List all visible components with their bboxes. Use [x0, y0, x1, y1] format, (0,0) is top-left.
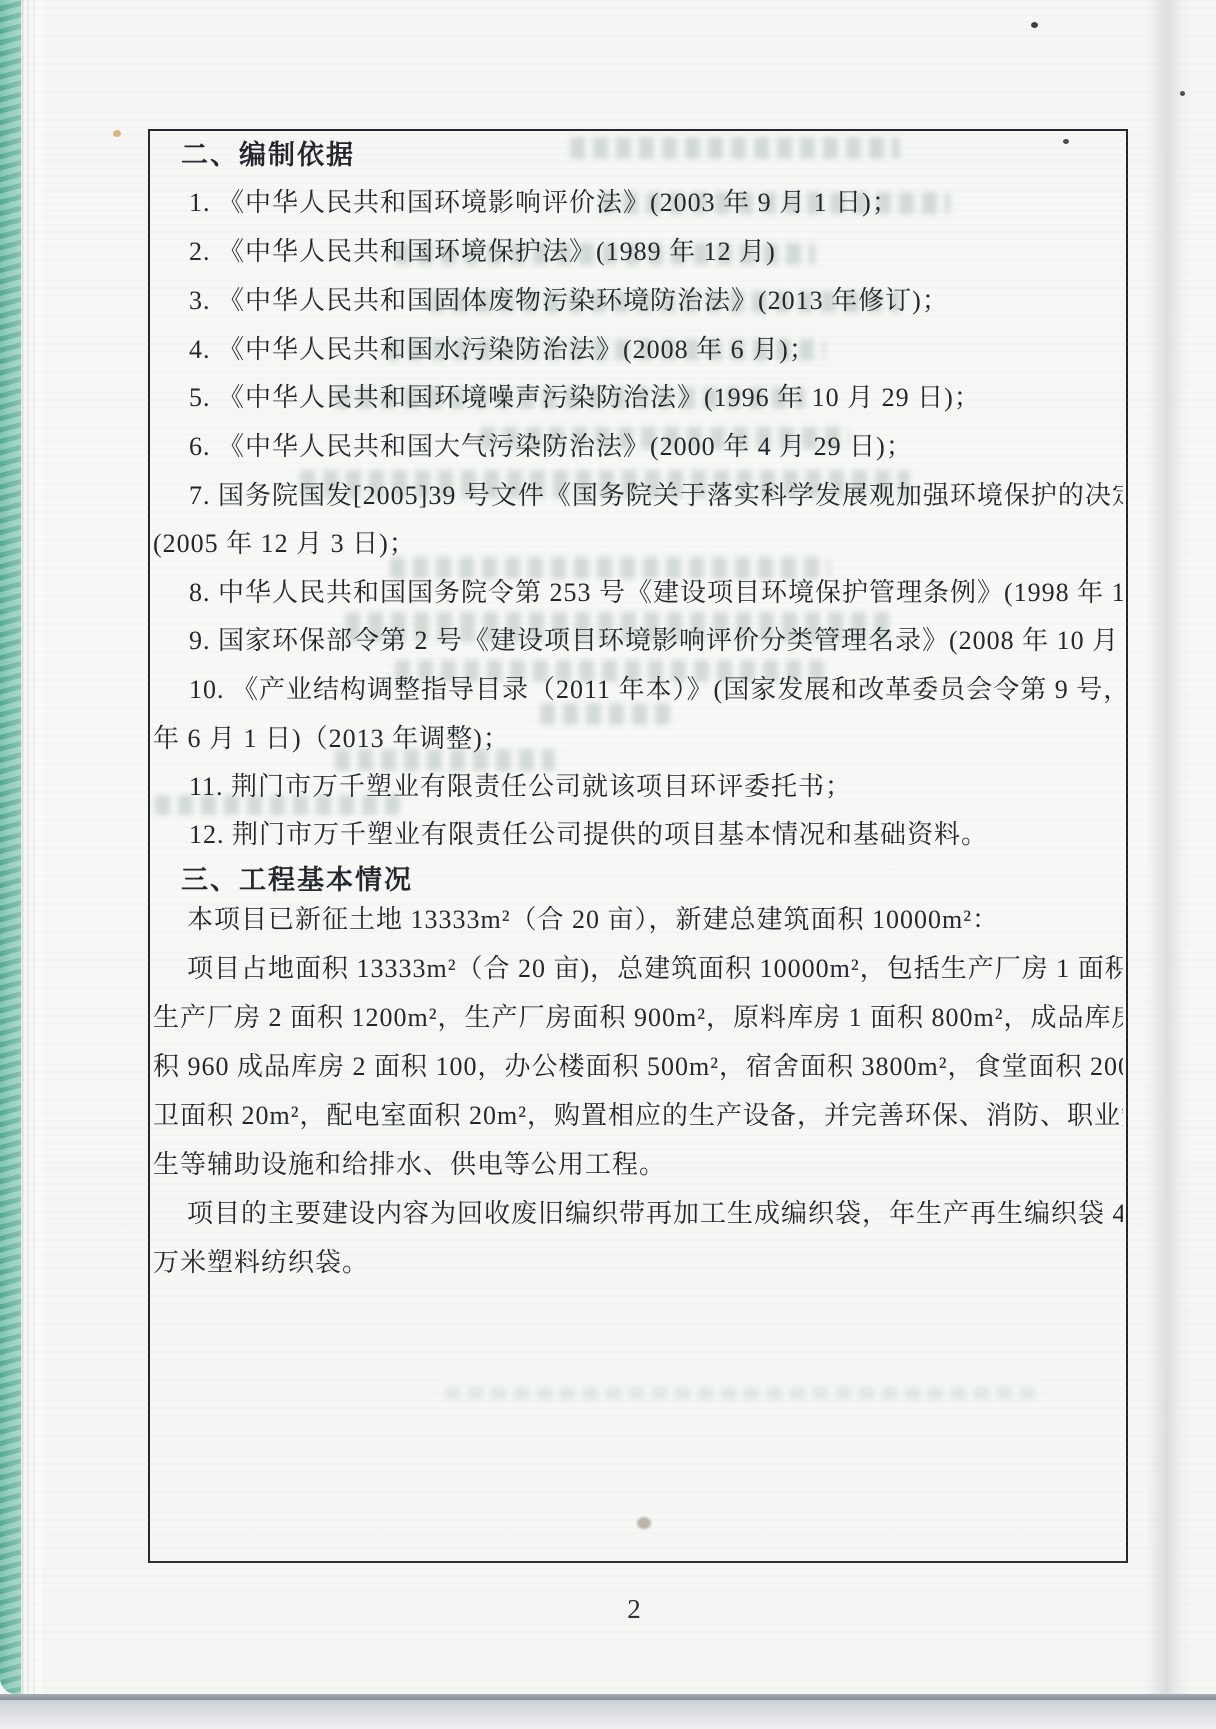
basis-item-5: 5. 《中华人民共和国环境噪声污染防治法》(1996 年 10 月 29 日)； [153, 381, 1123, 415]
scan-speck [1063, 139, 1069, 144]
basis-item-4: 4. 《中华人民共和国水污染防治法》(2008 年 6 月)； [153, 333, 1123, 367]
basis-item-8: 8. 中华人民共和国国务院令第 253 号《建设项目环境保护管理条例》(1998… [153, 576, 1123, 610]
book-cover-edge [0, 0, 21, 1694]
construction-content-line-1: 项目的主要建设内容为回收废旧编织带再加工生成编织袋，年生产再生编织袋 4000 [153, 1197, 1123, 1231]
heading-compilation-basis: 二、编制依据 [153, 138, 1123, 172]
construction-content-line-2: 万米塑料纺织袋。 [153, 1246, 1123, 1280]
building-detail-line-2: 生产厂房 2 面积 1200m²，生产厂房面积 900m²，原料库房 1 面积 … [153, 1001, 1123, 1035]
page-curl-shadow [1146, 0, 1192, 1697]
basis-item-7-continuation: (2005 年 12 月 3 日)； [153, 527, 1123, 561]
basis-item-7: 7. 国务院国发[2005]39 号文件《国务院关于落实科学发展观加强环境保护的… [153, 479, 1123, 513]
basis-item-1: 1. 《中华人民共和国环境影响评价法》(2003 年 9 月 1 日)； [153, 186, 1123, 220]
page-number: 2 [52, 1594, 1216, 1625]
building-detail-line-5: 生等辅助设施和给排水、供电等公用工程。 [153, 1148, 1123, 1182]
building-detail-line-3: 积 960 成品库房 2 面积 100，办公楼面积 500m²，宿舍面积 380… [153, 1050, 1123, 1084]
scanner-background [0, 1700, 1216, 1729]
heading-project-overview: 三、工程基本情况 [153, 863, 1123, 897]
basis-item-10-continuation: 年 6 月 1 日)（2013 年调整)； [153, 722, 1123, 756]
scan-speck [1031, 22, 1038, 28]
basis-item-2: 2. 《中华人民共和国环境保护法》(1989 年 12 月) [153, 235, 1123, 269]
scan-speck [113, 130, 121, 137]
basis-item-3: 3. 《中华人民共和国固体废物污染环境防治法》(2013 年修订)； [153, 284, 1123, 318]
basis-item-6: 6. 《中华人民共和国大气污染防治法》(2000 年 4 月 29 日)； [153, 430, 1123, 464]
bleedthrough-smudge [445, 1387, 1035, 1400]
land-area-summary: 本项目已新征土地 13333m²（合 20 亩），新建总建筑面积 10000m²… [153, 903, 1123, 937]
scanned-page: 二、编制依据 1. 《中华人民共和国环境影响评价法》(2003 年 9 月 1 … [0, 0, 1216, 1697]
building-detail-line-4: 卫面积 20m²，配电室面积 20m²，购置相应的生产设备，并完善环保、消防、职… [153, 1099, 1123, 1133]
content-frame: 二、编制依据 1. 《中华人民共和国环境影响评价法》(2003 年 9 月 1 … [148, 129, 1128, 1563]
basis-item-9: 9. 国家环保部令第 2 号《建设项目环境影响评价分类管理名录》(2008 年 … [153, 624, 1123, 658]
basis-item-10: 10. 《产业结构调整指导目录（2011 年本）》(国家发展和改革委员会令第 9… [153, 673, 1123, 707]
scan-stain [637, 1517, 651, 1529]
building-detail-line-1: 项目占地面积 13333m²（合 20 亩)，总建筑面积 10000m²，包括生… [153, 952, 1123, 986]
basis-item-11: 11. 荆门市万千塑业有限责任公司就该项目环评委托书； [153, 770, 1123, 804]
basis-item-12: 12. 荆门市万千塑业有限责任公司提供的项目基本情况和基础资料。 [153, 818, 1123, 852]
page-stack-edges [21, 0, 43, 1694]
scan-speck [1180, 91, 1185, 96]
